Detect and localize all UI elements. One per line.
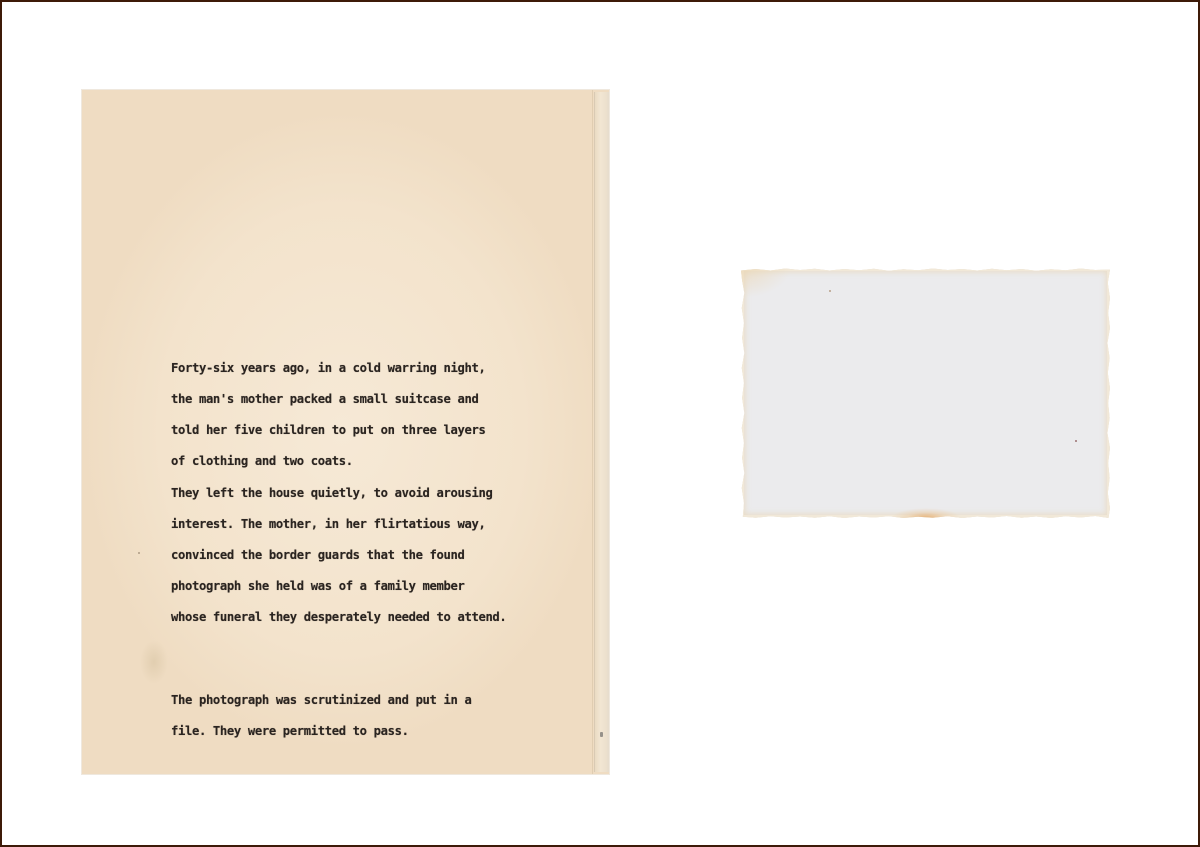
- paper-fold-line: [592, 90, 593, 774]
- text-line: told her five children to put on three l…: [171, 425, 591, 435]
- text-line: The photograph was scrutinized and put i…: [171, 695, 591, 705]
- text-line: Forty-six years ago, in a cold warring n…: [171, 363, 591, 373]
- blank-vintage-photograph: [741, 268, 1110, 518]
- photo-stain: [891, 502, 961, 518]
- photo-age-tint: [741, 268, 801, 308]
- text-line: of clothing and two coats.: [171, 456, 591, 466]
- text-line: whose funeral they desperately needed to…: [171, 612, 591, 622]
- paragraph-2: The photograph was scrutinized and put i…: [171, 674, 591, 757]
- paragraph-1: Forty-six years ago, in a cold warring n…: [171, 342, 591, 644]
- text-line: convinced the border guards that the fou…: [171, 550, 591, 560]
- text-line: photograph she held was of a family memb…: [171, 581, 591, 591]
- image-frame: Forty-six years ago, in a cold warring n…: [0, 0, 1200, 847]
- photo-speck: [829, 290, 831, 292]
- paper-right-edge: [594, 92, 609, 772]
- text-line: file. They were permitted to pass.: [171, 726, 591, 736]
- paper-speck: [138, 552, 140, 554]
- text-line: They left the house quietly, to avoid ar…: [171, 488, 591, 498]
- photo-speck: [1075, 440, 1077, 442]
- text-line: interest. The mother, in her flirtatious…: [171, 519, 591, 529]
- typewritten-text: Forty-six years ago, in a cold warring n…: [171, 321, 591, 778]
- paper-mark: [600, 732, 603, 737]
- typed-paper-sheet: Forty-six years ago, in a cold warring n…: [82, 90, 609, 774]
- text-line: the man's mother packed a small suitcase…: [171, 394, 591, 404]
